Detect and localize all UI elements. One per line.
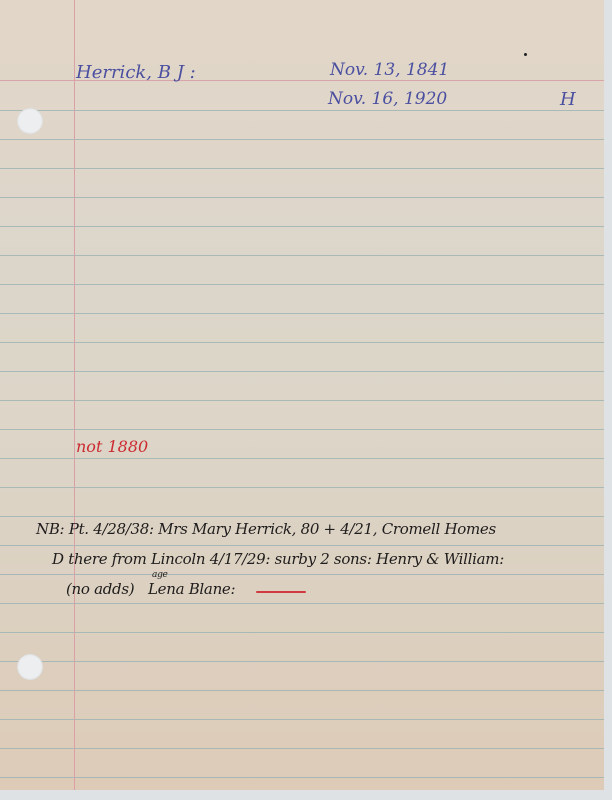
birth-date: Nov. 13, 1841 (330, 60, 449, 80)
red-margin-line (74, 0, 75, 790)
ruled-line (0, 139, 604, 140)
ink-speck (524, 53, 527, 56)
ruled-line (0, 371, 604, 372)
note-line-3-suffix: Lena Blane: (148, 580, 235, 598)
census-note: not 1880 (76, 437, 148, 456)
punch-hole (17, 654, 43, 680)
ruled-line (0, 603, 604, 604)
index-letter: H (560, 89, 576, 110)
ruled-line (0, 255, 604, 256)
ruled-line (0, 226, 604, 227)
note-line-1: NB: Pt. 4/28/38: Mrs Mary Herrick, 80 + … (36, 520, 496, 538)
ruled-line (0, 690, 604, 691)
ruled-line (0, 284, 604, 285)
ruled-line (0, 719, 604, 720)
punch-hole (17, 108, 43, 134)
death-date: Nov. 16, 1920 (328, 89, 447, 109)
ruled-line (0, 197, 604, 198)
ruled-line (0, 516, 604, 517)
surname-entry: Herrick, B J : (76, 62, 196, 83)
ruled-line (0, 748, 604, 749)
ruled-line (0, 545, 604, 546)
ruled-paper-card: Herrick, B J : Nov. 13, 1841 Nov. 16, 19… (0, 0, 604, 790)
ruled-line (0, 661, 604, 662)
ruled-line (0, 429, 604, 430)
ruled-line (0, 632, 604, 633)
ruled-line (0, 168, 604, 169)
note-line-3-superscript: age (152, 570, 168, 580)
ruled-line (0, 487, 604, 488)
note-line-3-prefix: (no adds) (66, 580, 134, 598)
ruled-line (0, 110, 604, 111)
ruled-line (0, 574, 604, 575)
ruled-line (0, 342, 604, 343)
note-line-2: D there from Lincoln 4/17/29: surby 2 so… (52, 550, 504, 568)
ruled-line (0, 400, 604, 401)
ruled-line (0, 458, 604, 459)
ruled-line (0, 313, 604, 314)
ruled-line (0, 777, 604, 778)
red-underline-mark (256, 591, 306, 593)
